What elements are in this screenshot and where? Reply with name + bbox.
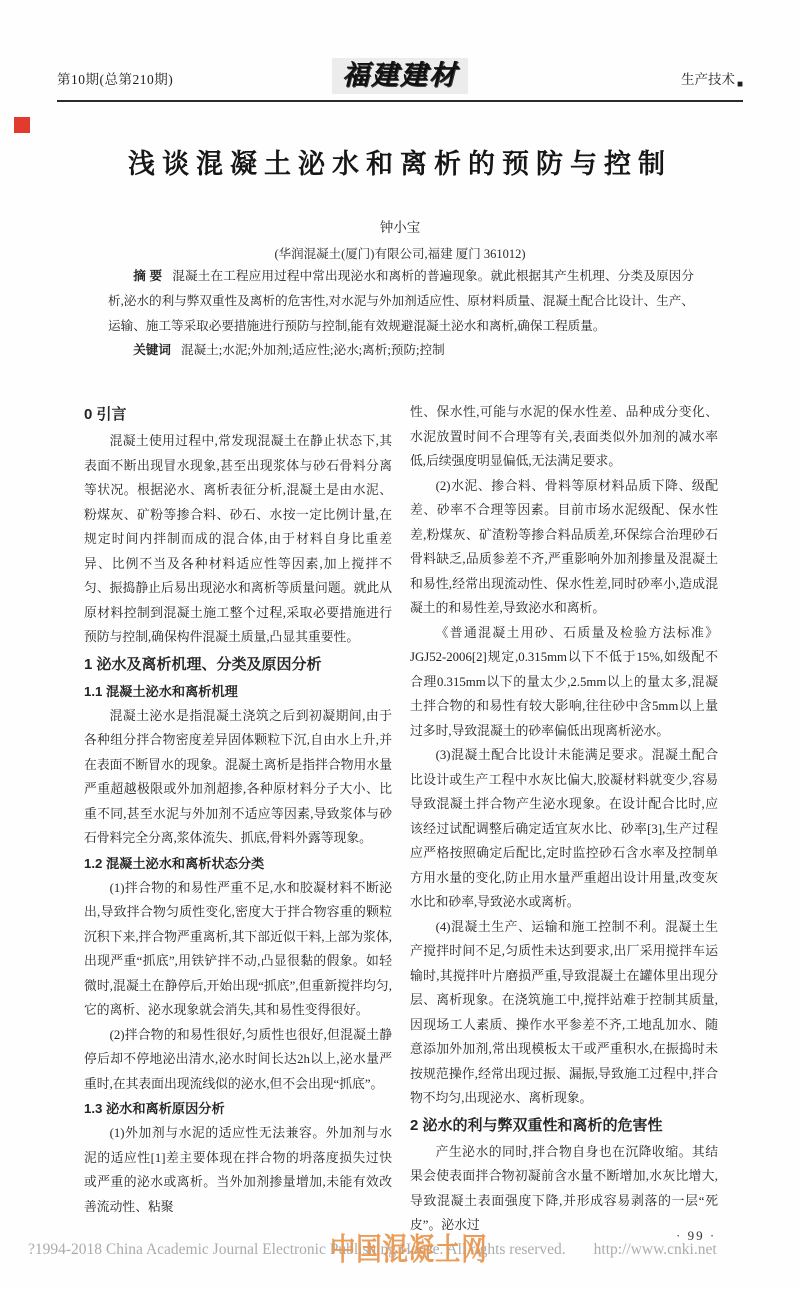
paragraph: (2)水泥、掺合料、骨料等原材料品质下降、级配差、砂率不合理等因素。目前市场水泥… xyxy=(410,474,718,621)
journal-page: 第10期(总第210期) 福建建材 生产技术■ 浅谈混凝土泌水和离析的预防与控制… xyxy=(0,0,800,1289)
paragraph: 混凝土使用过程中,常发现混凝土在静止状态下,其表面不断出现冒水现象,甚至出现浆体… xyxy=(84,429,392,650)
abstract-text: 混凝土在工程应用过程中常出现泌水和离析的普遍现象。就此根据其产生机理、分类及原因… xyxy=(108,269,694,333)
section-heading: 1 泌水及离析机理、分类及原因分析 xyxy=(84,651,392,678)
paragraph: (4)混凝土生产、运输和施工控制不利。混凝土生产搅拌时间不足,匀质性未达到要求,… xyxy=(410,915,718,1111)
paragraph: 产生泌水的同时,拌合物自身也在沉降收缩。其结果会使表面拌合物初凝前含水量不断增加… xyxy=(410,1140,718,1238)
page-number: · 99 · xyxy=(676,1228,716,1244)
subsection-heading: 1.1 混凝土泌水和离析机理 xyxy=(84,679,392,704)
article-title: 浅谈混凝土泌水和离析的预防与控制 xyxy=(0,142,800,181)
abstract-label: 摘 要 xyxy=(133,269,162,283)
subsection-heading: 1.3 泌水和离析原因分析 xyxy=(84,1096,392,1121)
paragraph: 性、保水性,可能与水泥的保水性差、品种成分变化、水泥放置时间不合理等有关,表面类… xyxy=(410,400,718,474)
header-divider xyxy=(57,100,743,102)
paragraph: (2)拌合物的和易性很好,匀质性也很好,但混凝土静停后却不停地泌出清水,泌水时间… xyxy=(84,1023,392,1097)
paragraph: (1)拌合物的和易性严重不足,水和胶凝材料不断泌出,导致拌合物匀质性变化,密度大… xyxy=(84,876,392,1023)
red-square-marker xyxy=(14,117,30,133)
paragraph: 《普通混凝土用砂、石质量及检验方法标准》JGJ52-2006[2]规定,0.31… xyxy=(410,621,718,744)
section-heading: 2 泌水的利与弊双重性和离析的危害性 xyxy=(410,1112,718,1139)
author-affiliation: (华润混凝土(厦门)有限公司,福建 厦门 361012) xyxy=(0,244,800,262)
right-column: 性、保水性,可能与水泥的保水性差、品种成分变化、水泥放置时间不合理等有关,表面类… xyxy=(410,400,718,1238)
left-column: 0 引言 混凝土使用过程中,常发现混凝土在静止状态下,其表面不断出现冒水现象,甚… xyxy=(84,400,392,1238)
abstract-paragraph: 摘 要混凝土在工程应用过程中常出现泌水和离析的普遍现象。就此根据其产生机理、分类… xyxy=(108,264,694,338)
paragraph: (3)混凝土配合比设计未能满足要求。混凝土配合比设计或生产工程中水灰比偏大,胶凝… xyxy=(410,743,718,915)
paragraph: (1)外加剂与水泥的适应性无法兼容。外加剂与水泥的适应性[1]差主要体现在拌合物… xyxy=(84,1121,392,1219)
section-square-icon: ■ xyxy=(737,79,743,90)
section-label: 生产技术■ xyxy=(681,68,743,90)
keywords-label: 关键词 xyxy=(133,343,171,357)
site-watermark: 中国混凝土网 xyxy=(330,1224,487,1269)
keywords-text: 混凝土;水泥;外加剂;适应性;泌水;离析;预防;控制 xyxy=(181,343,445,357)
author-name: 钟小宝 xyxy=(0,216,800,236)
paragraph: 混凝土泌水是指混凝土浇筑之后到初凝期间,由于各种组分拌合物密度差异固体颗粒下沉,… xyxy=(84,704,392,851)
journal-logo: 福建建材 xyxy=(332,58,468,94)
section-label-text: 生产技术 xyxy=(681,72,735,87)
section-heading: 0 引言 xyxy=(84,401,392,428)
issue-label: 第10期(总第210期) xyxy=(57,68,173,88)
two-column-body: 0 引言 混凝土使用过程中,常发现混凝土在静止状态下,其表面不断出现冒水现象,甚… xyxy=(84,400,718,1238)
keywords-line: 关键词混凝土;水泥;外加剂;适应性;泌水;离析;预防;控制 xyxy=(108,338,694,363)
subsection-heading: 1.2 混凝土泌水和离析状态分类 xyxy=(84,851,392,876)
page-header: 第10期(总第210期) 福建建材 生产技术■ xyxy=(57,58,743,98)
abstract-block: 摘 要混凝土在工程应用过程中常出现泌水和离析的普遍现象。就此根据其产生机理、分类… xyxy=(108,264,694,363)
